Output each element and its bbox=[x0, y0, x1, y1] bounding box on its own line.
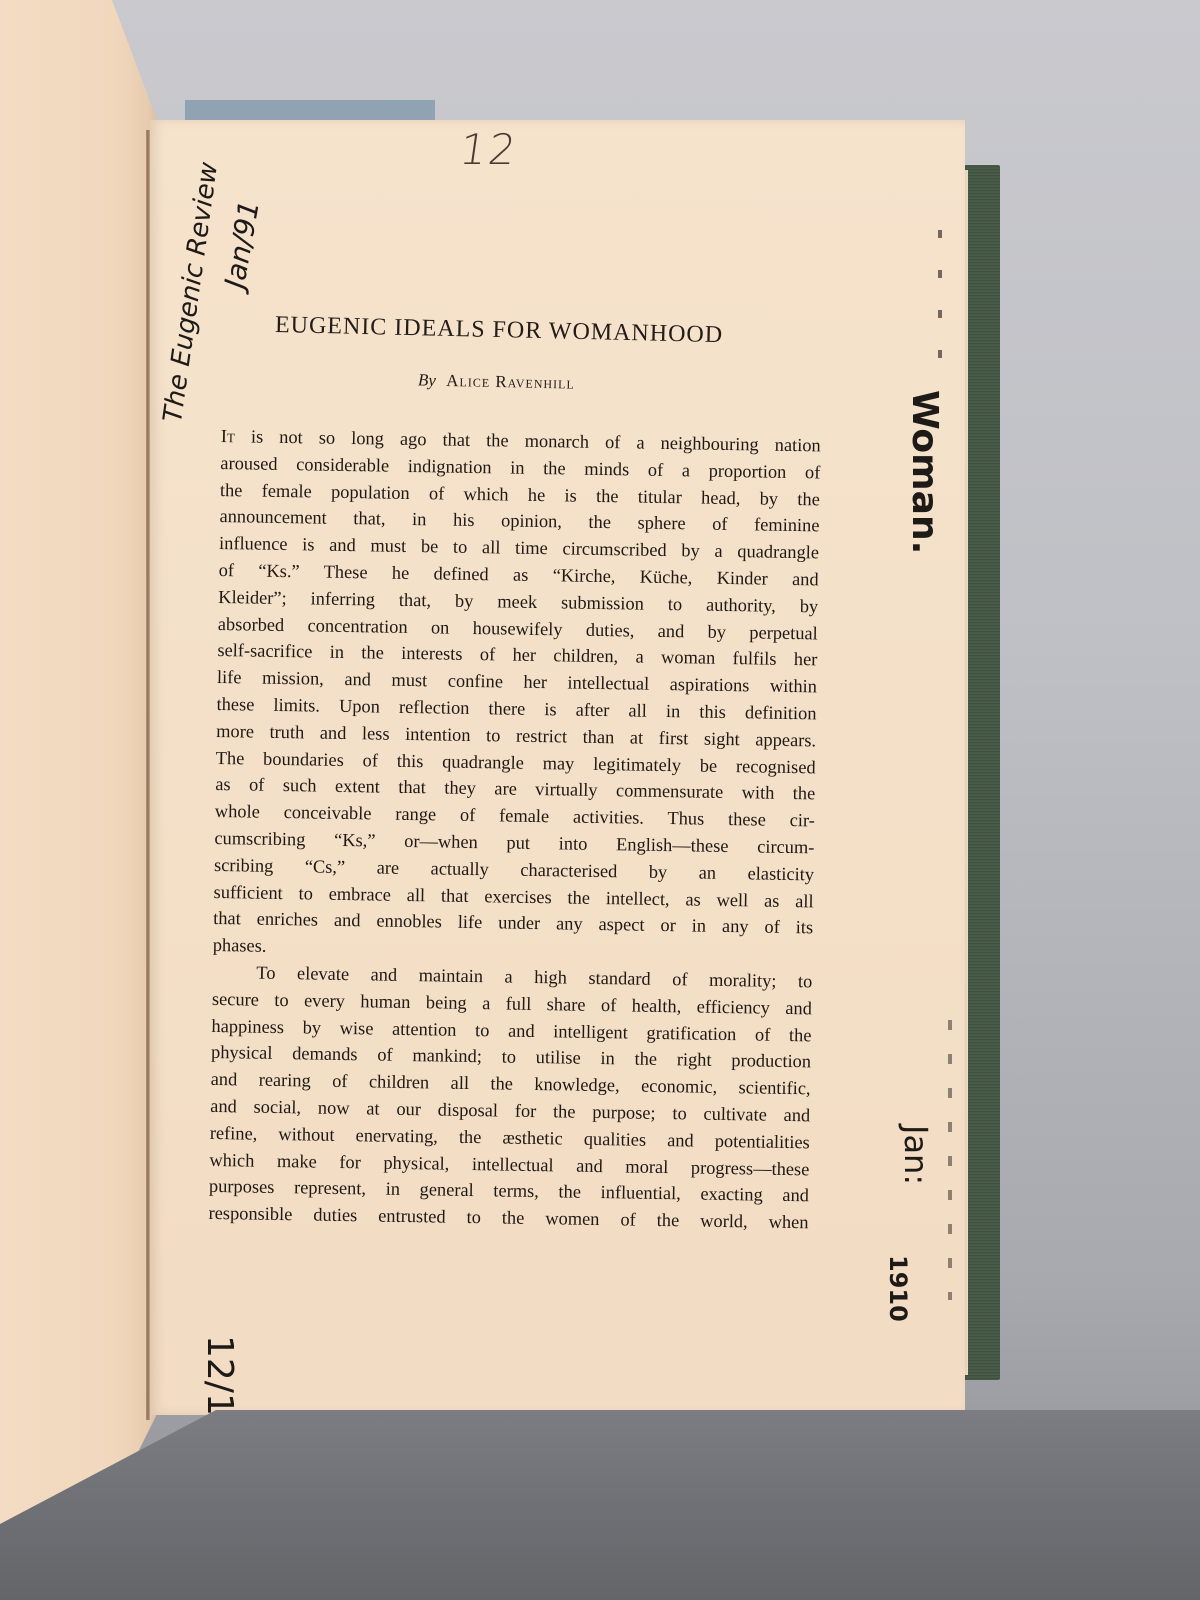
photo-scene: 12 EUGENIC IDEALS FOR WOMANHOOD By Alice… bbox=[0, 0, 1200, 1600]
page-gutter-crease bbox=[146, 130, 150, 1420]
facing-left-page bbox=[0, 0, 160, 1600]
article-byline: By Alice Ravenhill bbox=[418, 370, 575, 393]
margin-pencil-marks-lower bbox=[948, 1020, 952, 1300]
margin-pencil-marks bbox=[938, 230, 942, 390]
table-surface bbox=[0, 1410, 1200, 1600]
byline-prefix: By bbox=[418, 370, 436, 389]
drop-lead-word: It bbox=[221, 426, 235, 446]
article-body: It is not so long ago that the monarch o… bbox=[208, 423, 821, 1236]
author-name: Alice Ravenhill bbox=[446, 371, 575, 393]
handwritten-subject-note: Woman. bbox=[904, 390, 945, 554]
handwritten-folio-number: 12 bbox=[457, 125, 521, 174]
handwritten-year-note: 1910 bbox=[884, 1255, 912, 1322]
article-title: EUGENIC IDEALS FOR WOMANHOOD bbox=[275, 312, 795, 351]
handwritten-month-note: Jan: bbox=[897, 1125, 935, 1185]
book-page: 12 EUGENIC IDEALS FOR WOMANHOOD By Alice… bbox=[150, 120, 965, 1415]
